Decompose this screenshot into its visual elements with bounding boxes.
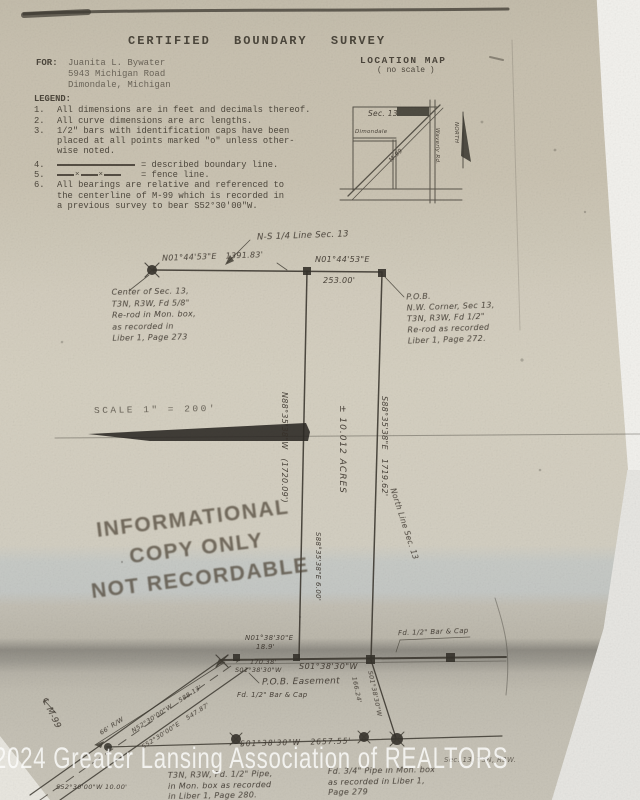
fence-line-symbol: ×× (57, 170, 135, 180)
scanned-survey-document: CERTIFIED BOUNDARY SURVEY FOR: Juanita L… (0, 0, 640, 800)
map-north-label: NORTH (453, 122, 459, 143)
legend-item: 3.1/2" bars with identification caps hav… (34, 126, 374, 136)
legend-item: 5.××= fence line. (34, 170, 374, 180)
north-bearing-short: N01°44'53"E (315, 255, 370, 264)
legend-item-continuation: placed at all points marked "o" unless o… (34, 136, 374, 146)
scale-label: SCALE 1" = 200' (94, 403, 217, 416)
east-line-bearing: S88°35'38"E 1719.62' (380, 396, 389, 496)
legend-title: LEGEND: (34, 94, 374, 104)
client-name: Juanita L. Bywater (68, 58, 165, 68)
pob-easement-label: P.O.B. Easement (262, 676, 340, 687)
boundary-line-symbol (57, 164, 135, 166)
legend-item: 1.All dimensions are in feet and decimal… (34, 105, 374, 115)
pob-corner-note: P.O.B. N.W. Corner, Sec 13, T3N, R3W, Fd… (406, 288, 496, 346)
legend-item: 6.All bearings are relative and referenc… (34, 180, 374, 190)
east-offset-bearing: S88°35'38"E 6.00' (314, 532, 322, 601)
easement-ne-distance: 18.9' (256, 643, 275, 651)
center-of-section-note: Center of Sec. 13, T3N, R3W, Fd 5/8" Re-… (112, 285, 197, 344)
realtor-watermark: 2024 Greater Lansing Association of REAL… (0, 742, 508, 776)
easement-sw-bearing-small: S01°38'30"W (235, 666, 282, 674)
legend-item-continuation: a previous survey to bear S52°30'00"W. (34, 201, 374, 211)
map-road-label: Waverly Rd. (434, 128, 440, 164)
acreage-label: ± 10.012 ACRES (337, 405, 347, 494)
legend-item-continuation: the centerline of M-99 which is recorded… (34, 191, 374, 201)
west-line-bearing: N88°35'38"W (1720.09') (280, 392, 289, 503)
found-bar-cap-left: Fd. 1/2" Bar & Cap (237, 691, 308, 699)
for-label: FOR: (36, 58, 58, 68)
client-address-line2: Dimondale, Michigan (68, 80, 171, 90)
legend: LEGEND: 1.All dimensions are in feet and… (34, 94, 374, 211)
client-address-line1: 5943 Michigan Road (68, 69, 165, 79)
legend-item: 4.= described boundary line. (34, 160, 374, 170)
location-map-title: LOCATION MAP (360, 55, 446, 66)
north-distance-short: 253.00' (323, 276, 355, 285)
legend-item-continuation: wise noted. (34, 146, 374, 156)
south-boundary-bearing: S01°38'30"W (299, 662, 358, 671)
m99-offset-bearing: S52°30'00"W 10.00' (56, 783, 127, 791)
document-title: CERTIFIED BOUNDARY SURVEY (128, 34, 386, 48)
location-map-subtitle: ( no scale ) (377, 66, 435, 75)
easement-distance-170: 170.38' (250, 658, 277, 666)
easement-ne-bearing: N01°38'30"E (245, 634, 293, 642)
legend-item: 2.All curve dimensions are arc lengths. (34, 116, 374, 126)
